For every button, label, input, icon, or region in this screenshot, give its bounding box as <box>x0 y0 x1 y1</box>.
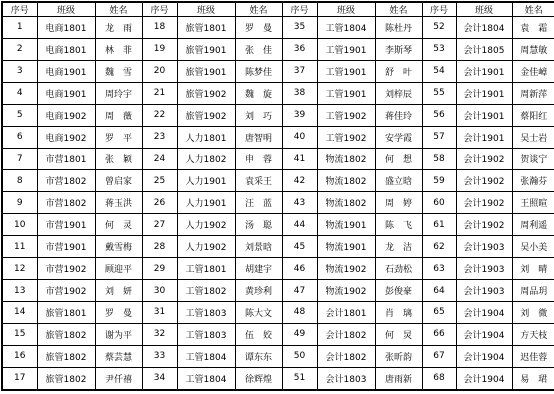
class-cell: 会计1903 <box>456 236 512 258</box>
header-name: 姓名 <box>235 2 282 17</box>
class-cell: 工管1902 <box>317 126 375 148</box>
name-cell: 陈梦佳 <box>235 60 282 82</box>
serial-cell: 8 <box>2 170 37 192</box>
class-cell: 工管1901 <box>317 38 375 60</box>
class-cell: 人力1901 <box>177 192 235 214</box>
name-cell: 陈大文 <box>235 301 282 323</box>
class-cell: 旅管1802 <box>37 323 95 345</box>
serial-cell: 30 <box>142 280 177 302</box>
name-cell: 唐雨新 <box>375 367 422 390</box>
class-cell: 旅管1802 <box>37 345 95 367</box>
header-class: 班级 <box>456 2 512 17</box>
name-cell: 顾迎平 <box>95 258 142 280</box>
class-cell: 会计1903 <box>456 258 512 280</box>
name-cell: 周新萍 <box>512 82 554 104</box>
serial-cell: 38 <box>282 82 317 104</box>
class-cell: 市营1902 <box>37 258 95 280</box>
name-cell: 罗 曼 <box>95 301 142 323</box>
class-cell: 物流1802 <box>317 170 375 192</box>
serial-cell: 55 <box>422 82 456 104</box>
table-row: 6电商1902罗 平23人力1801唐智明40工管1902安学霞57会计1901… <box>2 126 554 148</box>
table-row: 11市营1901戴雪梅28人力1902刘景晗45物流1901龙 洁62会计190… <box>2 236 554 258</box>
class-cell: 会计1901 <box>456 60 512 82</box>
name-cell: 刘景晗 <box>235 236 282 258</box>
class-cell: 物流1802 <box>317 192 375 214</box>
name-cell: 刘 微 <box>512 301 554 323</box>
serial-cell: 45 <box>282 236 317 258</box>
name-cell: 刘梓辰 <box>375 82 422 104</box>
class-cell: 物流1902 <box>317 280 375 302</box>
serial-cell: 60 <box>422 192 456 214</box>
name-cell: 尹仟禧 <box>95 367 142 390</box>
class-cell: 会计1904 <box>456 367 512 390</box>
serial-cell: 13 <box>2 280 37 302</box>
serial-cell: 49 <box>282 323 317 345</box>
serial-cell: 47 <box>282 280 317 302</box>
class-cell: 人力1802 <box>177 148 235 170</box>
class-cell: 会计1801 <box>317 301 375 323</box>
class-cell: 会计1902 <box>456 170 512 192</box>
name-cell: 王照暄 <box>512 192 554 214</box>
table-row: 13市营1902刘 妍30工管1802黄珍利47物流1902彭俊豪64会计190… <box>2 280 554 302</box>
class-cell: 旅管1901 <box>177 38 235 60</box>
name-cell: 张 颖 <box>95 148 142 170</box>
header-row: 序号班级姓名序号班级姓名序号班级姓名序号班级姓名 <box>2 2 554 17</box>
class-cell: 会计1902 <box>456 214 512 236</box>
class-cell: 旅管1802 <box>37 367 95 390</box>
table-row: 17旅管1802尹仟禧34工管1804徐辉煌51会计1803唐雨新68会计190… <box>2 367 554 390</box>
header-name: 姓名 <box>375 2 422 17</box>
serial-cell: 9 <box>2 192 37 214</box>
class-cell: 旅管1801 <box>177 17 235 39</box>
class-cell: 工管1901 <box>317 82 375 104</box>
table-row: 4电商1901周玲宇21旅管1902魏 旋38工管1901刘梓辰55会计1901… <box>2 82 554 104</box>
name-cell: 曾启家 <box>95 170 142 192</box>
table-row: 9市营1802蒋玉洪26人力1901汪 蓝43物流1802周 婷60会计1902… <box>2 192 554 214</box>
name-cell: 彭俊豪 <box>375 280 422 302</box>
name-cell: 李斯琴 <box>375 38 422 60</box>
name-cell: 刘 晴 <box>512 258 554 280</box>
class-cell: 电商1801 <box>37 38 95 60</box>
serial-cell: 34 <box>142 367 177 390</box>
name-cell: 魏 旋 <box>235 82 282 104</box>
name-cell: 周利遥 <box>512 214 554 236</box>
table-row: 10市营1901何 灵27人力1902汤 聪44物流1901陈 飞61会计190… <box>2 214 554 236</box>
class-cell: 会计1802 <box>317 323 375 345</box>
class-cell: 会计1901 <box>456 104 512 126</box>
name-cell: 龙 洁 <box>375 236 422 258</box>
serial-cell: 63 <box>422 258 456 280</box>
name-cell: 谭东东 <box>235 345 282 367</box>
class-cell: 工管1802 <box>177 280 235 302</box>
serial-cell: 26 <box>142 192 177 214</box>
name-cell: 罗 曼 <box>235 17 282 39</box>
class-cell: 旅管1801 <box>37 301 95 323</box>
name-cell: 安学霞 <box>375 126 422 148</box>
table-row: 16旅管1802蔡芸慧33工管1804谭东东50会计1802张昕韵67会计190… <box>2 345 554 367</box>
class-cell: 会计1902 <box>456 192 512 214</box>
name-cell: 吴小美 <box>512 236 554 258</box>
table-row: 7市营1801张 颖24人力1802申 蓉41物流1802何 想58会计1902… <box>2 148 554 170</box>
name-cell: 吴士岩 <box>512 126 554 148</box>
name-cell: 谢为平 <box>95 323 142 345</box>
name-cell: 舒 叶 <box>375 60 422 82</box>
name-cell: 罗 平 <box>95 126 142 148</box>
serial-cell: 15 <box>2 323 37 345</box>
class-cell: 物流1901 <box>317 236 375 258</box>
class-cell: 电商1801 <box>37 17 95 39</box>
table-row: 2电商1801林 菲19旅管1901张 佳36工管1901李斯琴53会计1805… <box>2 38 554 60</box>
class-cell: 工管1803 <box>177 323 235 345</box>
serial-cell: 16 <box>2 345 37 367</box>
header-name: 姓名 <box>512 2 554 17</box>
serial-cell: 12 <box>2 258 37 280</box>
name-cell: 申 蓉 <box>235 148 282 170</box>
class-cell: 工管1803 <box>177 301 235 323</box>
class-cell: 人力1902 <box>177 236 235 258</box>
serial-cell: 59 <box>422 170 456 192</box>
table-row: 15旅管1802谢为平32工管1803伍 姣49会计1802何 炅66会计190… <box>2 323 554 345</box>
class-cell: 市营1902 <box>37 280 95 302</box>
serial-cell: 17 <box>2 367 37 390</box>
name-cell: 何 想 <box>375 148 422 170</box>
serial-cell: 36 <box>282 38 317 60</box>
serial-cell: 64 <box>422 280 456 302</box>
class-cell: 物流1901 <box>317 214 375 236</box>
serial-cell: 35 <box>282 17 317 39</box>
serial-cell: 56 <box>422 104 456 126</box>
serial-cell: 43 <box>282 192 317 214</box>
serial-cell: 66 <box>422 323 456 345</box>
class-cell: 旅管1902 <box>177 82 235 104</box>
name-cell: 陈 飞 <box>375 214 422 236</box>
serial-cell: 10 <box>2 214 37 236</box>
name-cell: 蔡芸慧 <box>95 345 142 367</box>
student-roster-table: 序号班级姓名序号班级姓名序号班级姓名序号班级姓名 1电商1801龙 雨18旅管1… <box>1 1 554 391</box>
class-cell: 电商1902 <box>37 126 95 148</box>
serial-cell: 50 <box>282 345 317 367</box>
name-cell: 周品玥 <box>512 280 554 302</box>
table-row: 14旅管1801罗 曼31工管1803陈大文48会计1801肖 璃65会计190… <box>2 301 554 323</box>
name-cell: 蒋佳玲 <box>375 104 422 126</box>
class-cell: 工管1804 <box>177 345 235 367</box>
class-cell: 人力1901 <box>177 170 235 192</box>
name-cell: 唐智明 <box>235 126 282 148</box>
header-class: 班级 <box>317 2 375 17</box>
serial-cell: 20 <box>142 60 177 82</box>
serial-cell: 6 <box>2 126 37 148</box>
name-cell: 陈杜丹 <box>375 17 422 39</box>
class-cell: 会计1904 <box>456 301 512 323</box>
name-cell: 蒋玉洪 <box>95 192 142 214</box>
name-cell: 迟佳蓉 <box>512 345 554 367</box>
serial-cell: 41 <box>282 148 317 170</box>
serial-cell: 52 <box>422 17 456 39</box>
serial-cell: 53 <box>422 38 456 60</box>
name-cell: 蔡阳红 <box>512 104 554 126</box>
serial-cell: 32 <box>142 323 177 345</box>
class-cell: 会计1802 <box>317 345 375 367</box>
serial-cell: 37 <box>282 60 317 82</box>
serial-cell: 24 <box>142 148 177 170</box>
class-cell: 旅管1902 <box>177 104 235 126</box>
name-cell: 张 佳 <box>235 38 282 60</box>
name-cell: 黄珍利 <box>235 280 282 302</box>
serial-cell: 54 <box>422 60 456 82</box>
class-cell: 会计1805 <box>456 38 512 60</box>
class-cell: 会计1901 <box>456 82 512 104</box>
serial-cell: 11 <box>2 236 37 258</box>
class-cell: 旅管1901 <box>177 60 235 82</box>
serial-cell: 4 <box>2 82 37 104</box>
serial-cell: 67 <box>422 345 456 367</box>
serial-cell: 14 <box>2 301 37 323</box>
serial-cell: 33 <box>142 345 177 367</box>
serial-cell: 3 <box>2 60 37 82</box>
name-cell: 何 灵 <box>95 214 142 236</box>
name-cell: 何 炅 <box>375 323 422 345</box>
class-cell: 会计1904 <box>456 345 512 367</box>
serial-cell: 21 <box>142 82 177 104</box>
class-cell: 市营1802 <box>37 192 95 214</box>
class-cell: 工管1902 <box>317 104 375 126</box>
class-cell: 会计1804 <box>456 17 512 39</box>
serial-cell: 65 <box>422 301 456 323</box>
name-cell: 易 珺 <box>512 367 554 390</box>
name-cell: 贺谈宁 <box>512 148 554 170</box>
class-cell: 市营1901 <box>37 214 95 236</box>
name-cell: 林 菲 <box>95 38 142 60</box>
name-cell: 魏 雪 <box>95 60 142 82</box>
serial-cell: 1 <box>2 17 37 39</box>
name-cell: 张瀚芬 <box>512 170 554 192</box>
name-cell: 金佳嶂 <box>512 60 554 82</box>
class-cell: 电商1901 <box>37 60 95 82</box>
class-cell: 工管1801 <box>177 258 235 280</box>
serial-cell: 46 <box>282 258 317 280</box>
serial-cell: 2 <box>2 38 37 60</box>
name-cell: 戴雪梅 <box>95 236 142 258</box>
name-cell: 周玲宇 <box>95 82 142 104</box>
class-cell: 物流1902 <box>317 258 375 280</box>
table-row: 1电商1801龙 雨18旅管1801罗 曼35工管1804陈杜丹52会计1804… <box>2 17 554 39</box>
serial-cell: 44 <box>282 214 317 236</box>
class-cell: 电商1902 <box>37 104 95 126</box>
serial-cell: 28 <box>142 236 177 258</box>
class-cell: 市营1802 <box>37 170 95 192</box>
class-cell: 会计1902 <box>456 148 512 170</box>
class-cell: 会计1901 <box>456 126 512 148</box>
table-body: 1电商1801龙 雨18旅管1801罗 曼35工管1804陈杜丹52会计1804… <box>2 17 554 391</box>
header-serial: 序号 <box>142 2 177 17</box>
table-row: 5电商1902周 薇22旅管1902刘 巧39工管1902蒋佳玲56会计1901… <box>2 104 554 126</box>
serial-cell: 7 <box>2 148 37 170</box>
class-cell: 电商1901 <box>37 82 95 104</box>
name-cell: 周 婷 <box>375 192 422 214</box>
serial-cell: 29 <box>142 258 177 280</box>
class-cell: 市营1901 <box>37 236 95 258</box>
name-cell: 徐辉煌 <box>235 367 282 390</box>
header-class: 班级 <box>37 2 95 17</box>
header-serial: 序号 <box>422 2 456 17</box>
class-cell: 工管1804 <box>317 17 375 39</box>
serial-cell: 25 <box>142 170 177 192</box>
name-cell: 刘 妍 <box>95 280 142 302</box>
name-cell: 肖 璃 <box>375 301 422 323</box>
serial-cell: 5 <box>2 104 37 126</box>
serial-cell: 68 <box>422 367 456 390</box>
serial-cell: 19 <box>142 38 177 60</box>
name-cell: 张昕韵 <box>375 345 422 367</box>
class-cell: 工管1804 <box>177 367 235 390</box>
serial-cell: 42 <box>282 170 317 192</box>
class-cell: 会计1903 <box>456 280 512 302</box>
serial-cell: 51 <box>282 367 317 390</box>
table-row: 8市营1802曾启家25人力1901袁采王42物流1802盛立晗59会计1902… <box>2 170 554 192</box>
header-name: 姓名 <box>95 2 142 17</box>
class-cell: 人力1902 <box>177 214 235 236</box>
class-cell: 物流1802 <box>317 148 375 170</box>
class-cell: 工管1901 <box>317 60 375 82</box>
serial-cell: 40 <box>282 126 317 148</box>
serial-cell: 58 <box>422 148 456 170</box>
class-cell: 人力1801 <box>177 126 235 148</box>
name-cell: 盛立晗 <box>375 170 422 192</box>
header-class: 班级 <box>177 2 235 17</box>
name-cell: 袁 霜 <box>512 17 554 39</box>
serial-cell: 31 <box>142 301 177 323</box>
table-row: 3电商1901魏 雪20旅管1901陈梦佳37工管1901舒 叶54会计1901… <box>2 60 554 82</box>
name-cell: 汤 聪 <box>235 214 282 236</box>
header-serial: 序号 <box>2 2 37 17</box>
name-cell: 周慧敏 <box>512 38 554 60</box>
serial-cell: 23 <box>142 126 177 148</box>
serial-cell: 48 <box>282 301 317 323</box>
serial-cell: 61 <box>422 214 456 236</box>
name-cell: 刘 巧 <box>235 104 282 126</box>
class-cell: 市营1801 <box>37 148 95 170</box>
class-cell: 会计1904 <box>456 323 512 345</box>
name-cell: 胡建宇 <box>235 258 282 280</box>
name-cell: 袁采王 <box>235 170 282 192</box>
serial-cell: 22 <box>142 104 177 126</box>
name-cell: 石劲松 <box>375 258 422 280</box>
name-cell: 周 薇 <box>95 104 142 126</box>
serial-cell: 39 <box>282 104 317 126</box>
name-cell: 龙 雨 <box>95 17 142 39</box>
serial-cell: 57 <box>422 126 456 148</box>
serial-cell: 18 <box>142 17 177 39</box>
name-cell: 汪 蓝 <box>235 192 282 214</box>
serial-cell: 62 <box>422 236 456 258</box>
table-row: 12市营1902顾迎平29工管1801胡建宇46物流1902石劲松63会计190… <box>2 258 554 280</box>
class-cell: 会计1803 <box>317 367 375 390</box>
serial-cell: 27 <box>142 214 177 236</box>
name-cell: 伍 姣 <box>235 323 282 345</box>
header-serial: 序号 <box>282 2 317 17</box>
name-cell: 方天枝 <box>512 323 554 345</box>
